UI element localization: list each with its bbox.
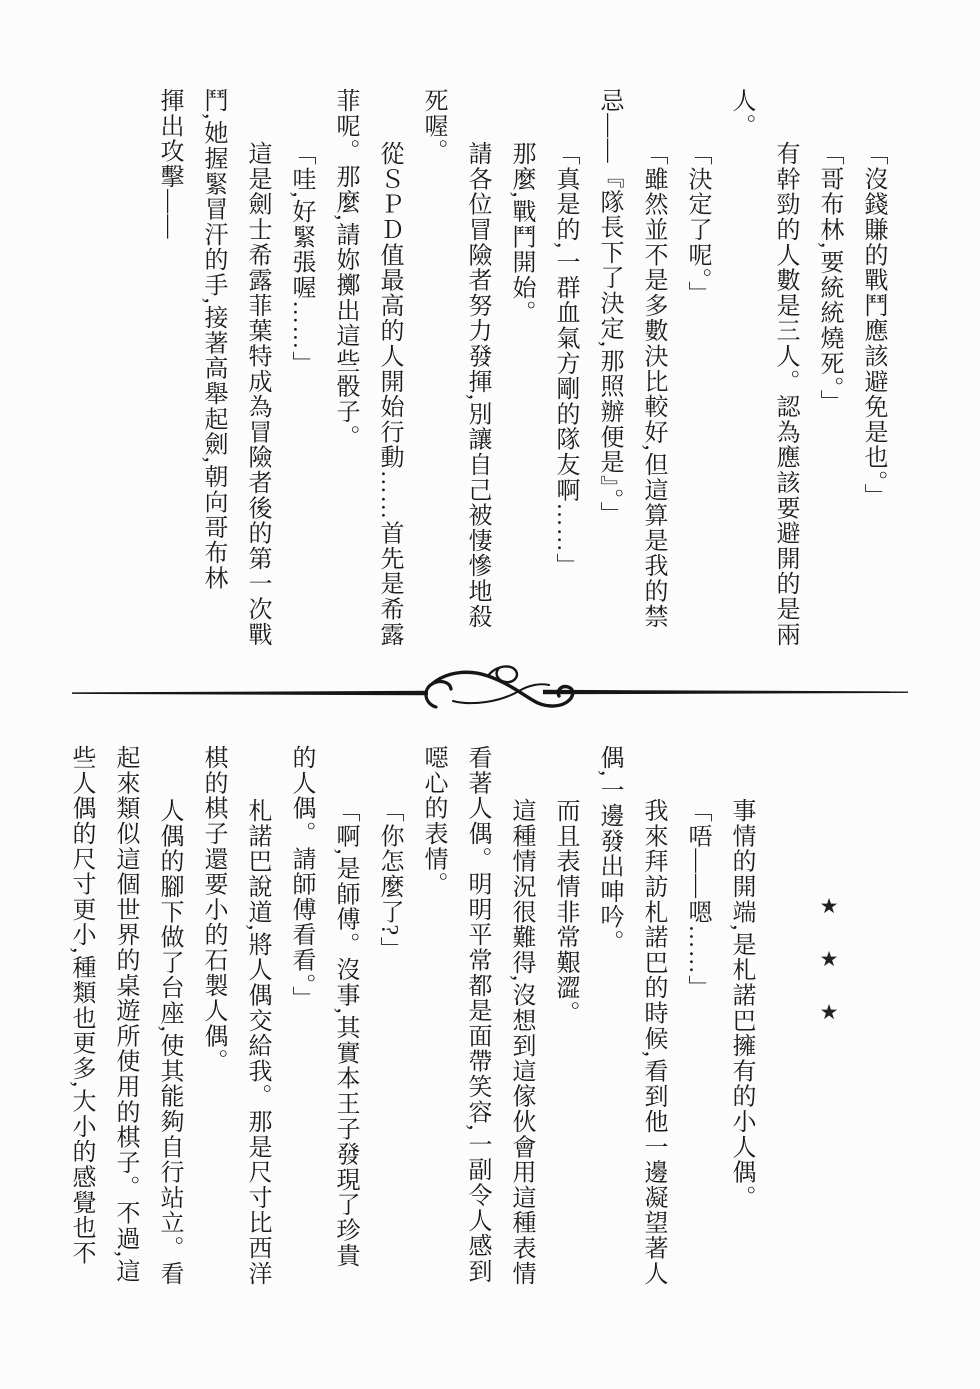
section-battle-scene: 「沒錢賺的戰鬥應該避免是也。」「哥布林,要統統燒死。」有幹勁的人數是三人。認為應… — [147, 88, 895, 660]
text-column: 請各位冒險者努力發揮,別讓自己被悽慘地殺 — [455, 88, 499, 660]
text-column: 「雖然並不是多數決比較好,但這算是我的禁 — [631, 88, 675, 660]
text-column: 人。 — [719, 88, 763, 660]
text-column: 「決定了呢。」 — [675, 88, 719, 660]
text-column: 我來拜訪札諾巴的時候,看到他一邊凝望著人 — [631, 745, 675, 1317]
text-column: 的人偶。請師傅看看。」 — [279, 745, 323, 1317]
text-column: 噁心的表情。 — [411, 745, 455, 1317]
text-column: 事情的開端,是札諾巴擁有的小人偶。 — [719, 745, 763, 1317]
text-column: 「沒錢賺的戰鬥應該避免是也。」 — [851, 88, 895, 660]
text-column: 揮出攻擊—— — [147, 88, 191, 660]
text-column: 札諾巴說道,將人偶交給我。那是尺寸比西洋 — [235, 745, 279, 1317]
text-column: 忌——『隊長下了決定,那照辦便是』。」 — [587, 88, 631, 660]
text-column: 而且表情非常艱澀。 — [543, 745, 587, 1317]
text-column: 鬥,她握緊冒汗的手,接著高舉起劍,朝向哥布林 — [191, 88, 235, 660]
scene-break-stars: ★★★ — [807, 745, 851, 1317]
text-column: 「哇,好緊張喔……」 — [279, 88, 323, 660]
text-column: 這種情況很難得,沒想到這傢伙會用這種表情 — [499, 745, 543, 1317]
text-column: 那麼,戰鬥開始。 — [499, 88, 543, 660]
text-column: 「唔——嗯……」 — [675, 745, 719, 1317]
text-column: 人偶的腳下做了台座,使其能夠自行站立。看 — [147, 745, 191, 1317]
text-column: 些人偶的尺寸更小,種類也更多,大小的感覺也不 — [59, 745, 103, 1317]
text-column: 死喔。 — [411, 88, 455, 660]
text-column: 「哥布林,要統統燒死。」 — [807, 88, 851, 660]
text-column: 「你怎麼了?」 — [367, 745, 411, 1317]
text-column: 菲呢。那麼,請妳擲出這些骰子。 — [323, 88, 367, 660]
section-divider — [70, 660, 910, 735]
text-column: 起來類似這個世界的桌遊所使用的棋子。不過,這 — [103, 745, 147, 1317]
text-column: 「啊,是師傅。沒事,其實本王子發現了珍貴 — [323, 745, 367, 1317]
calligraphic-flourish-icon — [70, 660, 910, 735]
text-column: 有幹勁的人數是三人。認為應該要避開的是兩 — [763, 88, 807, 660]
text-column: 「真是的,一群血氣方剛的隊友啊……」 — [543, 88, 587, 660]
text-column: 這是劍士希露菲葉特成為冒險者後的第一次戰 — [235, 88, 279, 660]
novel-page: 「沒錢賺的戰鬥應該避免是也。」「哥布林,要統統燒死。」有幹勁的人數是三人。認為應… — [0, 0, 980, 1389]
text-column: 看著人偶。明明平常都是面帶笑容,一副令人感到 — [455, 745, 499, 1317]
section-figurine-scene: ★★★事情的開端,是札諾巴擁有的小人偶。「唔——嗯……」我來拜訪札諾巴的時候,看… — [59, 745, 895, 1317]
text-column: 棋的棋子還要小的石製人偶。 — [191, 745, 235, 1317]
text-column: 從ＳＰＤ值最高的人開始行動……首先是希露 — [367, 88, 411, 660]
text-column: 偶,一邊發出呻吟。 — [587, 745, 631, 1317]
